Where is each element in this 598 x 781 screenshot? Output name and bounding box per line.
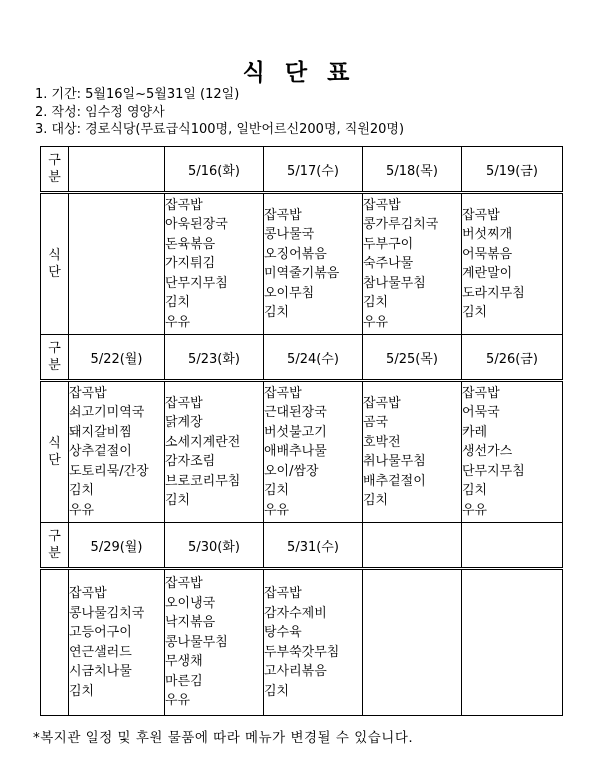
date-cell: 5/18(목) bbox=[363, 147, 462, 193]
row-label-empty bbox=[41, 569, 69, 716]
info-list: 1. 기간: 5월16일~5월31일 (12일) 2. 작성: 임수정 영양사 … bbox=[35, 86, 404, 139]
date-cell: 5/23(화) bbox=[165, 335, 264, 381]
date-cell: 5/29(월) bbox=[69, 523, 165, 569]
menu-row-week2: 식 단 잡곡밥 쇠고기미역국 돼지갈비찜 상추겉절이 도토리묵/간장 김치 우유… bbox=[41, 381, 563, 523]
date-cell bbox=[69, 147, 165, 193]
date-cell: 5/22(월) bbox=[69, 335, 165, 381]
date-cell bbox=[363, 523, 462, 569]
menu-cell: 잡곡밥 아욱된장국 돈육볶음 가지튀김 단무지무침 김치 우유 bbox=[165, 193, 264, 335]
row-label-gubun: 구 분 bbox=[41, 147, 69, 193]
date-cell: 5/19(금) bbox=[462, 147, 563, 193]
menu-cell: 잡곡밥 콩가루김치국 두부구이 숙주나물 참나물무침 김치 우유 bbox=[363, 193, 462, 335]
footnote: *복지관 일정 및 후원 물품에 따라 메뉴가 변경될 수 있습니다. bbox=[33, 726, 413, 746]
menu-cell: 잡곡밥 오이냉국 낙지볶음 콩나물무침 무생채 마른김 우유 bbox=[165, 569, 264, 716]
date-cell: 5/26(금) bbox=[462, 335, 563, 381]
meal-table: 구 분 5/16(화) 5/17(수) 5/18(목) 5/19(금) 식 단 … bbox=[40, 146, 563, 716]
header-row-week3: 구 분 5/29(월) 5/30(화) 5/31(수) bbox=[41, 523, 563, 569]
date-cell: 5/16(화) bbox=[165, 147, 264, 193]
date-cell: 5/30(화) bbox=[165, 523, 264, 569]
menu-row-week1: 식 단 잡곡밥 아욱된장국 돈육볶음 가지튀김 단무지무침 김치 우유 잡곡밥 … bbox=[41, 193, 563, 335]
menu-cell bbox=[462, 569, 563, 716]
row-label-sikdan: 식 단 bbox=[41, 381, 69, 523]
menu-cell bbox=[69, 193, 165, 335]
date-cell: 5/17(수) bbox=[264, 147, 363, 193]
row-label-gubun: 구 분 bbox=[41, 335, 69, 381]
meal-plan-document: 식 단 표 1. 기간: 5월16일~5월31일 (12일) 2. 작성: 임수… bbox=[0, 0, 598, 781]
info-period: 1. 기간: 5월16일~5월31일 (12일) bbox=[35, 86, 404, 104]
page-title: 식 단 표 bbox=[0, 54, 598, 87]
row-label-gubun: 구 분 bbox=[41, 523, 69, 569]
menu-cell: 잡곡밥 쇠고기미역국 돼지갈비찜 상추겉절이 도토리묵/간장 김치 우유 bbox=[69, 381, 165, 523]
menu-cell: 잡곡밥 닭계장 소세지계란전 감자조림 브로코리무침 김치 bbox=[165, 381, 264, 523]
date-cell: 5/25(목) bbox=[363, 335, 462, 381]
info-target: 3. 대상: 경로식당(무료급식100명, 일반어르신200명, 직원20명) bbox=[35, 121, 404, 139]
info-author: 2. 작성: 임수정 영양사 bbox=[35, 104, 404, 122]
menu-cell: 잡곡밥 어묵국 카레 생선가스 단무지무침 김치 우유 bbox=[462, 381, 563, 523]
menu-cell: 잡곡밥 콩나물김치국 고등어구이 연근샐러드 시금치나물 김치 bbox=[69, 569, 165, 716]
menu-cell: 잡곡밥 근대된장국 버섯불고기 애배추나물 오이/쌈장 김치 우유 bbox=[264, 381, 363, 523]
menu-row-week3: 잡곡밥 콩나물김치국 고등어구이 연근샐러드 시금치나물 김치 잡곡밥 오이냉국… bbox=[41, 569, 563, 716]
menu-cell: 잡곡밥 콩나물국 오징어볶음 미역줄기볶음 오이무침 김치 bbox=[264, 193, 363, 335]
menu-cell: 잡곡밥 감자수제비 탕수육 두부쑥갓무침 고사리볶음 김치 bbox=[264, 569, 363, 716]
header-row-week2: 구 분 5/22(월) 5/23(화) 5/24(수) 5/25(목) 5/26… bbox=[41, 335, 563, 381]
menu-cell: 잡곡밥 버섯찌개 어묵볶음 계란말이 도라지무침 김치 bbox=[462, 193, 563, 335]
date-cell bbox=[462, 523, 563, 569]
menu-cell bbox=[363, 569, 462, 716]
row-label-sikdan: 식 단 bbox=[41, 193, 69, 335]
date-cell: 5/24(수) bbox=[264, 335, 363, 381]
header-row-week1: 구 분 5/16(화) 5/17(수) 5/18(목) 5/19(금) bbox=[41, 147, 563, 193]
date-cell: 5/31(수) bbox=[264, 523, 363, 569]
menu-cell: 잡곡밥 곰국 호박전 취나물무침 배추겉절이 김치 bbox=[363, 381, 462, 523]
